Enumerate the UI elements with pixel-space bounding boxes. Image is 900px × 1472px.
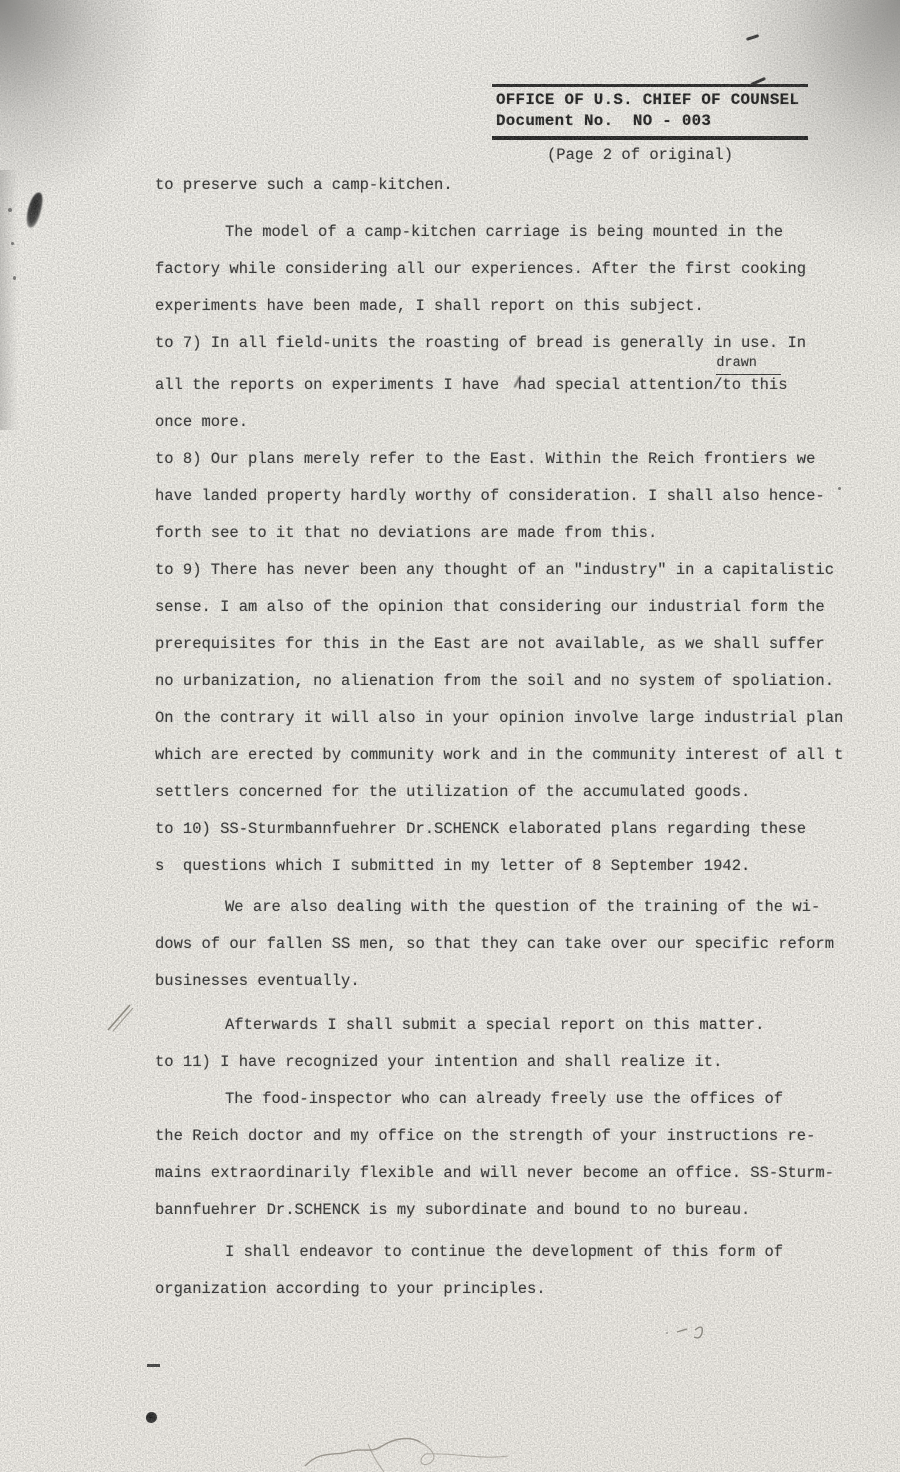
typewritten-line: settlers concerned for the utilization o… — [155, 774, 867, 811]
letter-body: to preserve such a camp-kitchen.The mode… — [155, 167, 867, 1308]
typewritten-line: experiments have been made, I shall repo… — [155, 288, 867, 325]
typewritten-line: organization according to your principle… — [155, 1271, 867, 1308]
stray-pen-tick — [746, 34, 759, 40]
typewritten-line: to 10) SS-Sturmbannfuehrer Dr.SCHENCK el… — [155, 811, 867, 848]
typewritten-line: factory while considering all our experi… — [155, 251, 867, 288]
typewritten-line: businesses eventually. — [155, 963, 867, 1000]
typewritten-line: The food-inspector who can already freel… — [155, 1081, 867, 1118]
typewritten-line: Afterwards I shall submit a special repo… — [155, 1007, 867, 1044]
typewritten-line: The model of a camp-kitchen carriage is … — [155, 214, 867, 251]
typewritten-line: prerequisites for this in the East are n… — [155, 626, 867, 663]
ink-speck — [8, 208, 12, 212]
ink-blob-mark — [24, 191, 44, 229]
typewritten-line: s questions which I submitted in my lett… — [155, 848, 867, 885]
typewritten-line: bannfuehrer Dr.SCHENCK is my subordinate… — [155, 1192, 867, 1229]
typewritten-line: mains extraordinarily flexible and will … — [155, 1155, 867, 1192]
ink-speck — [13, 276, 16, 280]
margin-dash-mark — [147, 1364, 160, 1367]
typewritten-line: sense. I am also of the opinion that con… — [155, 589, 867, 626]
typewritten-line: to 9) There has never been any thought o… — [155, 552, 867, 589]
typewritten-line: have landed property hardly worthy of co… — [155, 478, 867, 515]
typewritten-line: to preserve such a camp-kitchen. — [155, 167, 867, 204]
scan-noise-top-left — [0, 0, 170, 210]
typewritten-line: forth see to it that no deviations are m… — [155, 515, 867, 552]
chief-of-counsel-stamp: OFFICE OF U.S. CHIEF OF COUNSEL Document… — [492, 84, 808, 140]
typewritten-line: to 8) Our plans merely refer to the East… — [155, 441, 867, 478]
pencil-check-mark — [106, 1002, 136, 1032]
scanned-document-page: OFFICE OF U.S. CHIEF OF COUNSEL Document… — [0, 0, 900, 1472]
typewritten-line: no urbanization, no alienation from the … — [155, 663, 867, 700]
stamp-office-line: OFFICE OF U.S. CHIEF OF COUNSEL — [496, 90, 806, 111]
margin-dot-mark — [146, 1412, 157, 1423]
typewritten-line: the Reich doctor and my office on the st… — [155, 1118, 867, 1155]
faint-pencil-scrawl — [655, 1318, 725, 1348]
inserted-word-annotation: drawn — [716, 357, 781, 375]
typewritten-line: once more. — [155, 404, 867, 441]
typewritten-line: to 11) I have recognized your intention … — [155, 1044, 867, 1081]
paper-crease-mark — [250, 1420, 670, 1472]
typewritten-line: all the reports on experiments I have ha… — [155, 367, 867, 404]
typewritten-line: I shall endeavor to continue the develop… — [155, 1234, 867, 1271]
ink-speck — [11, 242, 14, 245]
typewritten-line: We are also dealing with the question of… — [155, 889, 867, 926]
stamp-document-number: Document No. NO - 003 — [496, 111, 806, 132]
typewritten-line: On the contrary it will also in your opi… — [155, 700, 867, 737]
typewritten-line: which are erected by community work and … — [155, 737, 867, 774]
typewritten-line: dows of our fallen SS men, so that they … — [155, 926, 867, 963]
page-note: (Page 2 of original) — [547, 146, 733, 164]
